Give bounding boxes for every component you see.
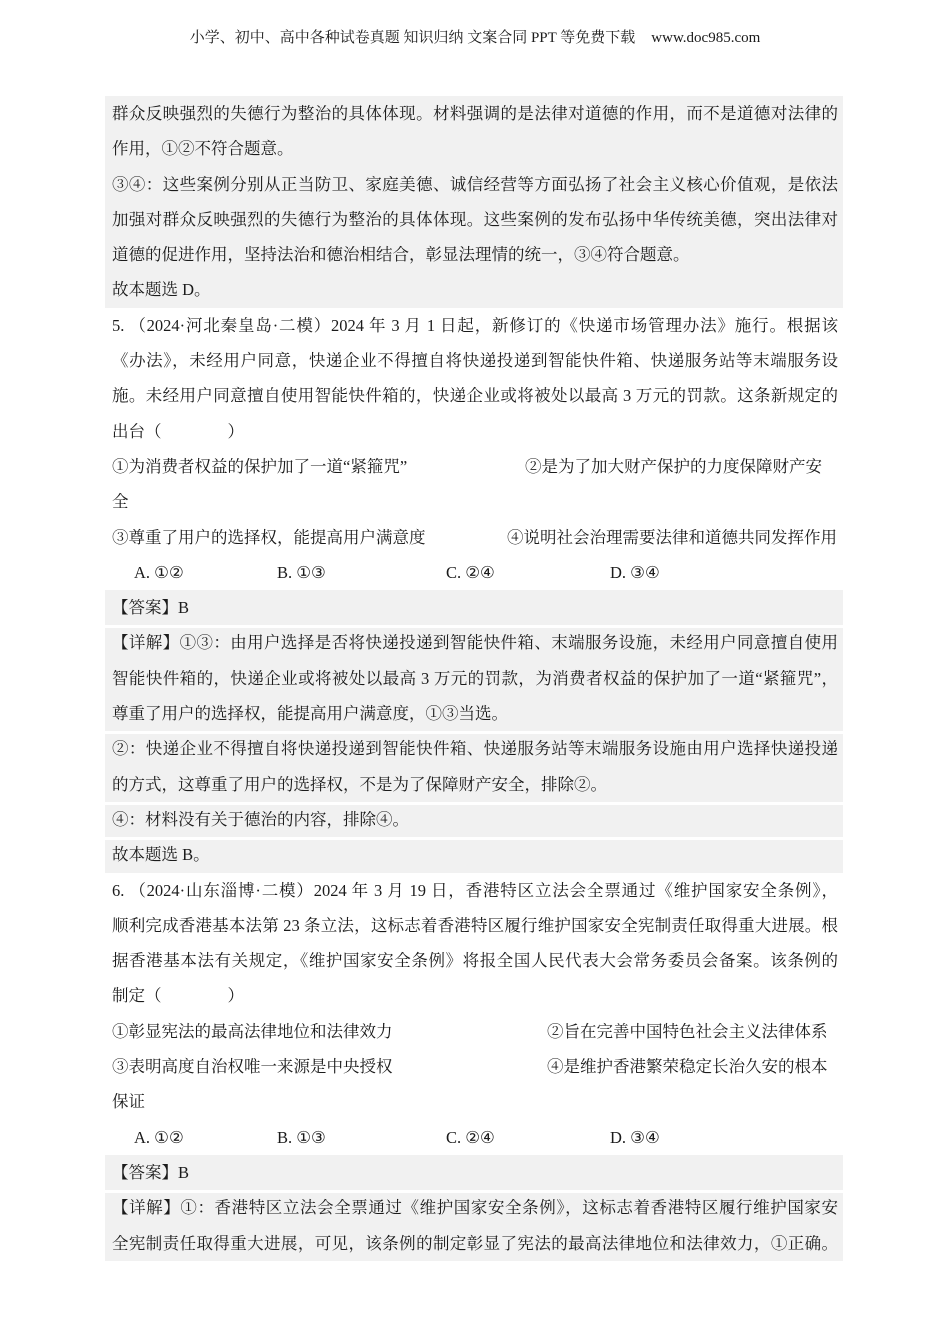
page-header: 小学、初中、高中各种试卷真题 知识归纳 文案合同 PPT 等免费下载www.do… (0, 26, 950, 47)
q5-option-continuation: 全 (112, 484, 838, 519)
q6-choices-row: A. ①②B. ①③C. ②④D. ③④ (112, 1120, 838, 1155)
q6-option: ④是维护香港繁荣稳定长治久安的根本 (547, 1049, 828, 1084)
q4-final-answer-line: 故本题选 D。 (105, 272, 843, 307)
q6-stem-line: 顺利完成香港基本法第 23 条立法，这标志着香港特区履行维护国家安全宪制责任取得… (112, 908, 838, 943)
q4-explanation-line: 群众反映强烈的失德行为整治的具体体现。材料强调的是法律对道德的作用，而不是道德对… (105, 96, 843, 131)
q5-explanation-line: 【详解】①③：由用户选择是否将快递投递到智能快件箱、末端服务设施，未经用户同意擅… (105, 625, 843, 660)
q6-stem-line: 制定（ ） (112, 978, 838, 1013)
q6-choice: A. ①② (134, 1120, 184, 1155)
header-promo-text: 小学、初中、高中各种试卷真题 知识归纳 文案合同 PPT 等免费下载 (190, 30, 636, 46)
q5-choice: C. ②④ (446, 555, 495, 590)
q5-stem-line: 5. （2024·河北秦皇岛·二模）2024 年 3 月 1 日起，新修订的《快… (112, 308, 838, 343)
q5-stem-line: 出台（ ） (112, 414, 838, 449)
q6-option: ①彰显宪法的最高法律地位和法律效力 (112, 1014, 393, 1049)
q6-option: ②旨在完善中国特色社会主义法律体系 (547, 1014, 828, 1049)
q6-stem-line: 据香港基本法有关规定，《维护国家安全条例》将报全国人民代表大会常务委员会备案。该… (112, 943, 838, 978)
header-site-url: www.doc985.com (651, 30, 760, 46)
q5-explanation-line: ②：快递企业不得擅自将快递投递到智能快件箱、快递服务站等末端服务设施由用户选择快… (105, 731, 843, 766)
q5-explanation-line: 尊重了用户的选择权，能提高用户满意度，①③当选。 (105, 696, 843, 731)
q5-option-pair: ③尊重了用户的选择权，能提高用户满意度④说明社会治理需要法律和道德共同发挥作用 (112, 520, 838, 555)
q5-choice: D. ③④ (610, 555, 660, 590)
q6-explanation-line: 【详解】①：香港特区立法会全票通过《维护国家安全条例》，这标志着香港特区履行维护… (105, 1190, 843, 1225)
q4-explanation-line: ③④：这些案例分别从正当防卫、家庭美德、诚信经营等方面弘扬了社会主义核心价值观，… (105, 167, 843, 202)
q5-option: ③尊重了用户的选择权，能提高用户满意度 (112, 520, 426, 555)
q5-stem-line: 《办法》，未经用户同意，快递企业不得擅自将快递投递到智能快件箱、快递服务站等末端… (112, 343, 838, 378)
q5-option-pair: ①为消费者权益的保护加了一道“紧箍咒”②是为了加大财产保护的力度保障财产安 (112, 449, 838, 484)
q5-stem-line: 施。未经用户同意擅自使用智能快件箱的，快递企业或将被处以最高 3 万元的罚款。这… (112, 378, 838, 413)
q5-final-answer-line: 故本题选 B。 (105, 837, 843, 872)
q4-explanation-line: 作用，①②不符合题意。 (105, 131, 843, 166)
q5-choice: B. ①③ (277, 555, 326, 590)
q6-option: ③表明高度自治权唯一来源是中央授权 (112, 1049, 393, 1084)
q5-choices-row: A. ①②B. ①③C. ②④D. ③④ (112, 555, 838, 590)
q6-explanation-line: 全宪制责任取得重大进展，可见，该条例的制定彰显了宪法的最高法律地位和法律效力，①… (105, 1226, 843, 1261)
q5-option: ②是为了加大财产保护的力度保障财产安 (525, 449, 822, 484)
q5-option: ④说明社会治理需要法律和道德共同发挥作用 (507, 520, 837, 555)
q5-explanation-line: ④：材料没有关于德治的内容，排除④。 (105, 802, 843, 837)
document-body: 群众反映强烈的失德行为整治的具体体现。材料强调的是法律对道德的作用，而不是道德对… (112, 96, 838, 1261)
q5-choice: A. ①② (134, 555, 184, 590)
q6-choice: C. ②④ (446, 1120, 495, 1155)
q4-explanation-line: 道德的促进作用，坚持法治和德治相结合，彰显法理情的统一，③④符合题意。 (105, 237, 843, 272)
q6-answer-line: 【答案】B (105, 1155, 843, 1190)
q6-stem-line: 6. （2024·山东淄博·二模）2024 年 3 月 19 日，香港特区立法会… (112, 873, 838, 908)
q6-option-pair: ①彰显宪法的最高法律地位和法律效力②旨在完善中国特色社会主义法律体系 (112, 1014, 838, 1049)
q4-explanation-line: 加强对群众反映强烈的失德行为整治的具体体现。这些案例的发布弘扬中华传统美德，突出… (105, 202, 843, 237)
q5-option: ①为消费者权益的保护加了一道“紧箍咒” (112, 449, 407, 484)
q5-explanation-line: 的方式，这尊重了用户的选择权，不是为了保障财产安全，排除②。 (105, 767, 843, 802)
q5-explanation-line: 智能快件箱的，快递企业或将被处以最高 3 万元的罚款，为消费者权益的保护加了一道… (105, 661, 843, 696)
q5-answer-line: 【答案】B (105, 590, 843, 625)
q6-option-continuation: 保证 (112, 1084, 838, 1119)
q6-choice: B. ①③ (277, 1120, 326, 1155)
document-page: 小学、初中、高中各种试卷真题 知识归纳 文案合同 PPT 等免费下载www.do… (0, 0, 950, 1344)
q6-option-pair: ③表明高度自治权唯一来源是中央授权④是维护香港繁荣稳定长治久安的根本 (112, 1049, 838, 1084)
q6-choice: D. ③④ (610, 1120, 660, 1155)
